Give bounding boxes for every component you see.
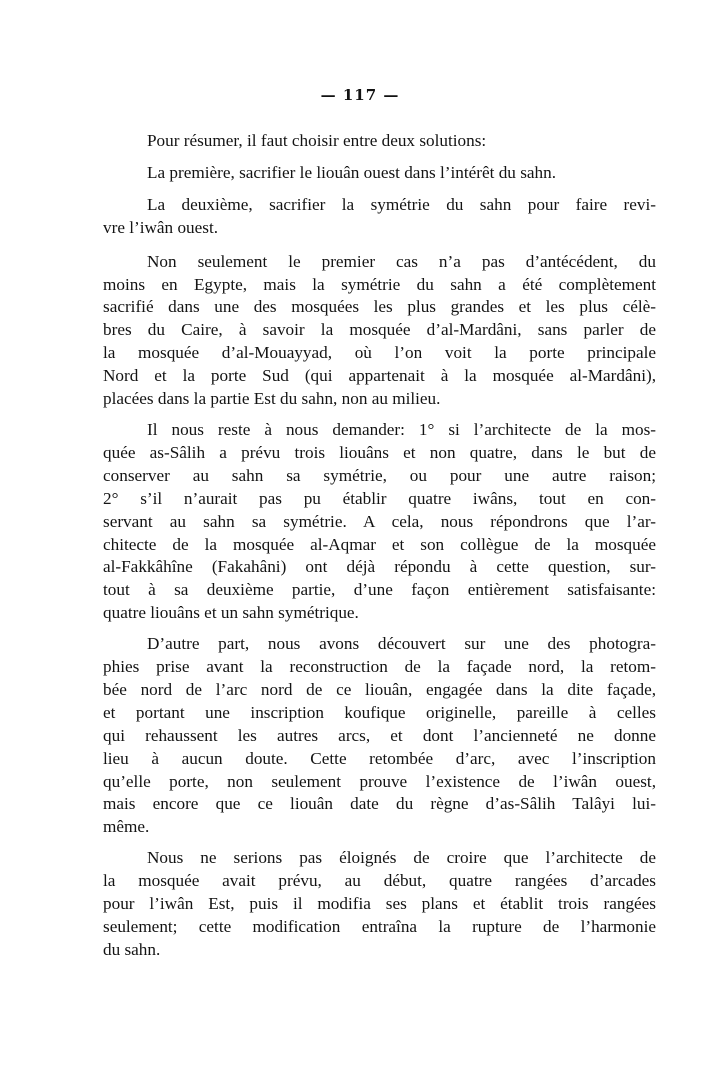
paragraph-1: Pour résumer, il faut choisir entre deux… — [103, 130, 656, 153]
text-line: qui rehaussent les autres arcs, et dont … — [103, 725, 656, 748]
text-line: La deuxième, sacrifier la symétrie du sa… — [103, 194, 656, 217]
text-line: bée nord de l’arc nord de ce liouân, eng… — [103, 679, 656, 702]
paragraph-3: La deuxième, sacrifier la symétrie du sa… — [103, 194, 656, 240]
text-line: 2° s’il n’aurait pas pu établir quatre i… — [103, 488, 656, 511]
paragraph-2: La première, sacrifier le liouân ouest d… — [103, 162, 656, 185]
text-line: seulement; cette modification entraîna l… — [103, 916, 656, 939]
text-line: Pour résumer, il faut choisir entre deux… — [103, 130, 656, 153]
text-line: qu’elle porte, non seulement prouve l’ex… — [103, 771, 656, 794]
text-line: Nous ne serions pas éloignés de croire q… — [103, 847, 656, 870]
text-line: servant au sahn sa symétrie. A cela, nou… — [103, 511, 656, 534]
document-page: — 117 — Pour résumer, il faut choisir en… — [0, 0, 720, 1082]
paragraph-7: Nous ne serions pas éloignés de croire q… — [103, 847, 656, 962]
text-line: bres du Caire, à savoir la mosquée d’al-… — [103, 319, 656, 342]
text-line: vre l’iwân ouest. — [103, 217, 656, 240]
text-line: phies prise avant la reconstruction de l… — [103, 656, 656, 679]
text-line: al-Fakkâhîne (Fakahâni) ont déjà répondu… — [103, 556, 656, 579]
text-line: Nord et la porte Sud (qui appartenait à … — [103, 365, 656, 388]
text-line: quatre liouâns et un sahn symétrique. — [103, 602, 656, 625]
text-line: Il nous reste à nous demander: 1° si l’a… — [103, 419, 656, 442]
text-line: La première, sacrifier le liouân ouest d… — [103, 162, 656, 185]
paragraph-4: Non seulement le premier cas n’a pas d’a… — [103, 251, 656, 411]
text-line: pour l’iwân Est, puis il modifia ses pla… — [103, 893, 656, 916]
text-line: placées dans la partie Est du sahn, non … — [103, 388, 656, 411]
text-line: du sahn. — [103, 939, 656, 962]
paragraph-6: D’autre part, nous avons découvert sur u… — [103, 633, 656, 839]
text-line: chitecte de la mosquée al-Aqmar et son c… — [103, 534, 656, 557]
paragraph-5: Il nous reste à nous demander: 1° si l’a… — [103, 419, 656, 625]
page-body: Pour résumer, il faut choisir entre deux… — [103, 130, 656, 962]
text-line: quée as-Sâlih a prévu trois liouâns et n… — [103, 442, 656, 465]
text-line: Non seulement le premier cas n’a pas d’a… — [103, 251, 656, 274]
text-line: moins en Egypte, mais la symétrie du sah… — [103, 274, 656, 297]
text-line: la mosquée d’al-Mouayyad, où l’on voit l… — [103, 342, 656, 365]
text-line: mais encore que ce liouân date du règne … — [103, 793, 656, 816]
text-line: et portant une inscription koufique orig… — [103, 702, 656, 725]
text-line: D’autre part, nous avons découvert sur u… — [103, 633, 656, 656]
text-line: la mosquée avait prévu, au début, quatre… — [103, 870, 656, 893]
text-line: conserver au sahn sa symétrie, ou pour u… — [103, 465, 656, 488]
text-line: sacrifié dans une des mosquées les plus … — [103, 296, 656, 319]
page-number: — 117 — — [0, 86, 720, 104]
text-line: tout à sa deuxième partie, d’une façon e… — [103, 579, 656, 602]
text-line: même. — [103, 816, 656, 839]
text-line: lieu à aucun doute. Cette retombée d’arc… — [103, 748, 656, 771]
